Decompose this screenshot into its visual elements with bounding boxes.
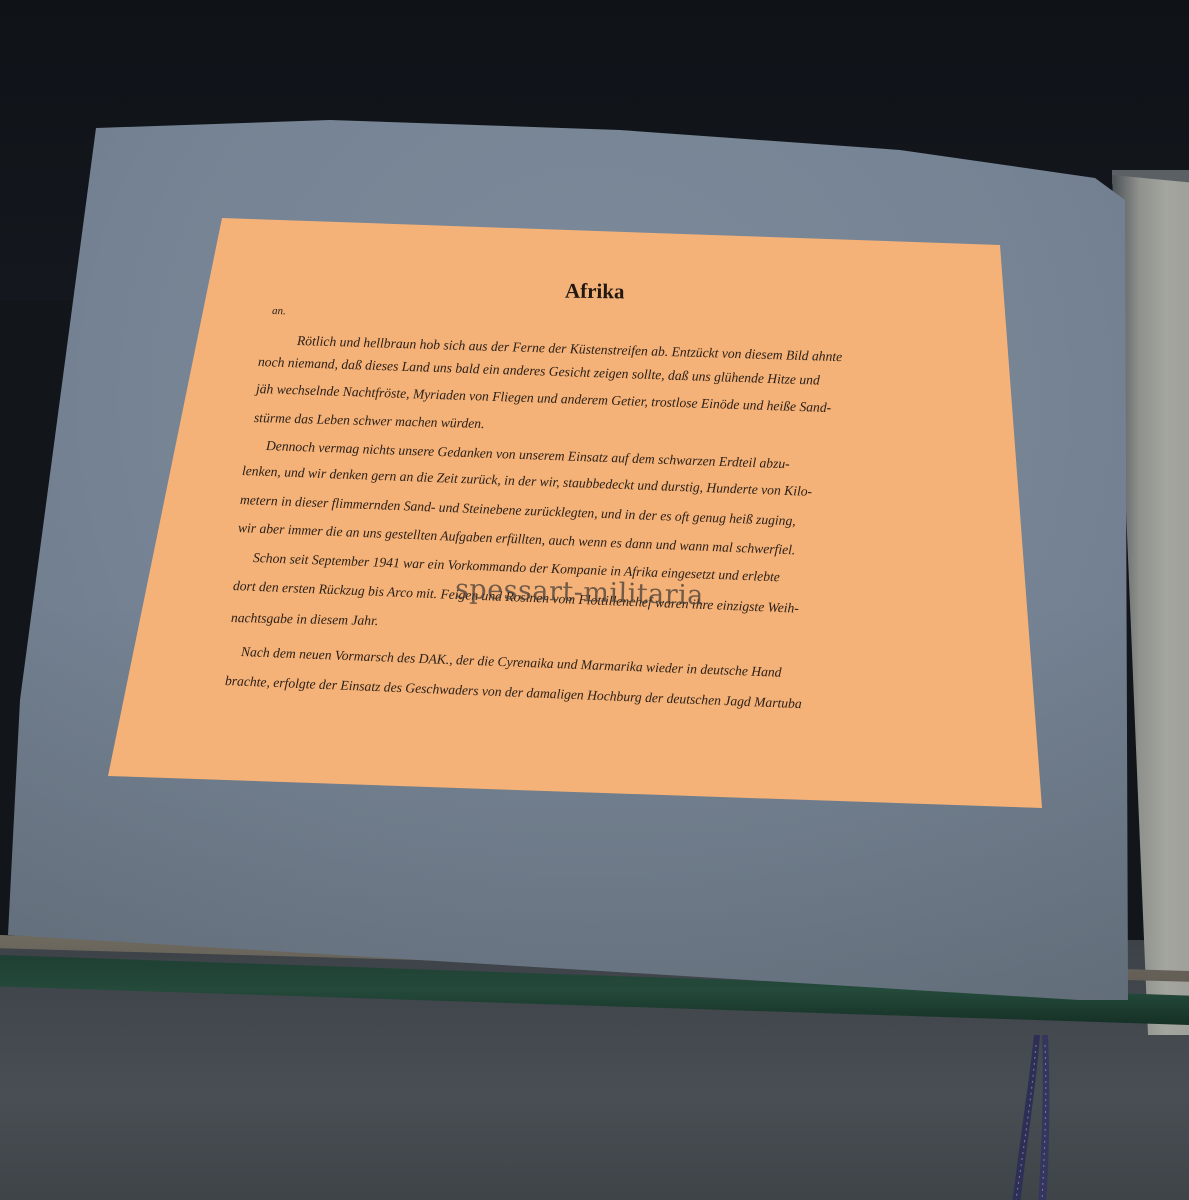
text-line: jäh wechselnde Nachtfröste, Myriaden von… (256, 381, 832, 416)
card-title: Afrika (565, 279, 625, 305)
text-line: brachte, erfolgte der Einsatz des Geschw… (225, 673, 802, 712)
text-line: nachtsgabe in diesem Jahr. (231, 610, 379, 629)
card-text-block: Afrika an. Rötlich und hellbraun hob sic… (0, 0, 1189, 1200)
text-line: stürme das Leben schwer machen würden. (254, 410, 485, 432)
ribbon-bookmark (1010, 1035, 1050, 1200)
text-line: Nach dem neuen Vormarsch des DAK., der d… (241, 644, 782, 681)
watermark: spessart-militaria (455, 574, 705, 612)
text-line: an. (272, 305, 286, 317)
